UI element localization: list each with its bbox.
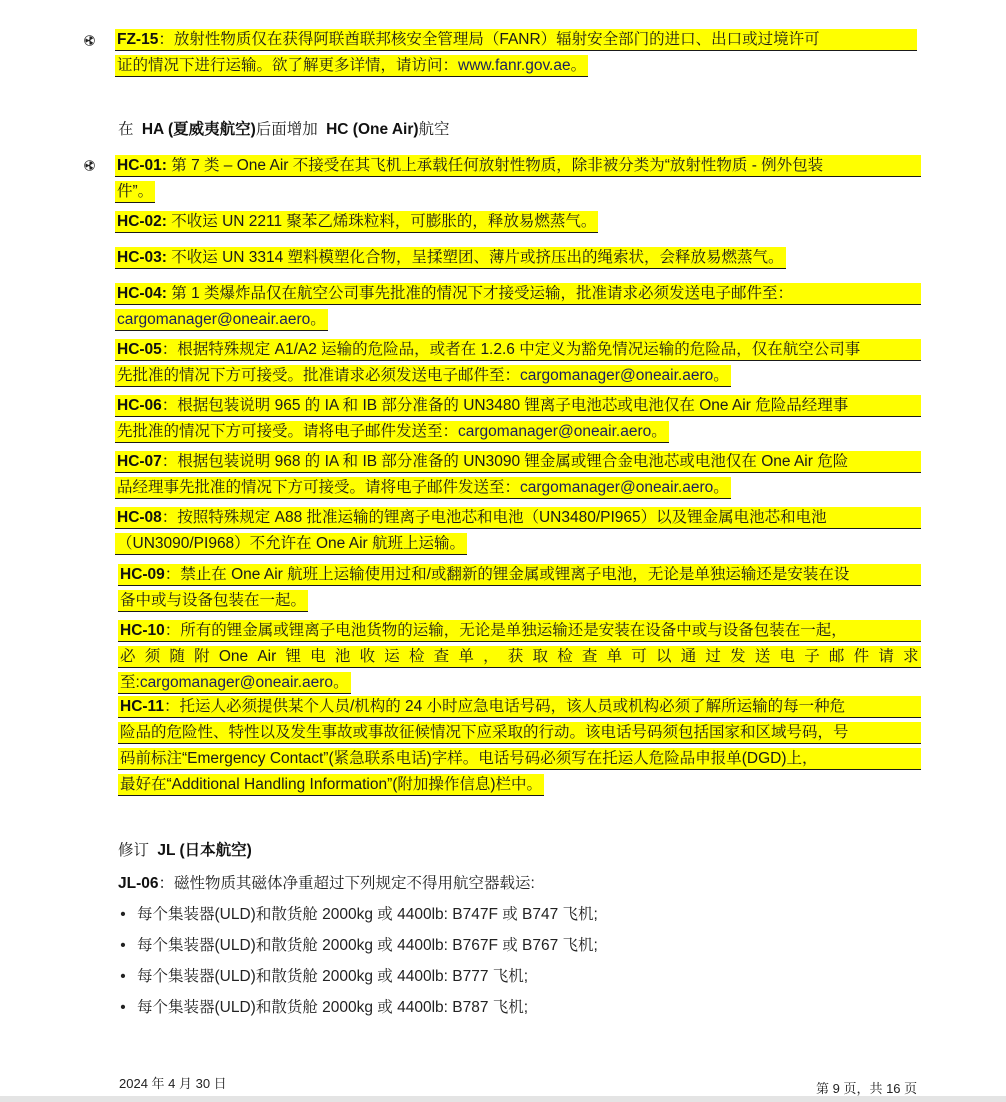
rule-text-token: 请 <box>878 646 894 667</box>
rule-text: 先批准的情况下方可接受。请将电子邮件发送至： <box>117 423 458 440</box>
highlighted-line: HC-11：托运人必须提供某个人员/机构的 24 小时应急电话号码，该人员或机构… <box>118 696 921 718</box>
rule-text-token: 送 <box>755 646 771 667</box>
highlighted-line: 至:cargomanager@oneair.aero。 <box>118 672 921 694</box>
heading-hc-airline: HC (One Air) <box>326 121 418 138</box>
rule-text: 证的情况下进行运输。欲了解更多详情，请访问： <box>117 57 458 74</box>
rule-text-token: Air <box>257 646 276 667</box>
list-item-text: 每个集装器(ULD)和散货舱 2000kg 或 4400lb: B787 飞机; <box>137 997 528 1019</box>
highlight-box: HC-02: 不收运 UN 2211 聚苯乙烯珠粒料，可膨胀的，释放易燃蒸气。 <box>115 211 598 233</box>
radiation-icon <box>84 35 95 46</box>
rule-text: 不收运 UN 2211 聚苯乙烯珠粒料，可膨胀的，释放易燃蒸气。 <box>167 213 596 230</box>
hc-rule-paragraph: HC-11：托运人必须提供某个人员/机构的 24 小时应急电话号码，该人员或机构… <box>118 696 921 800</box>
highlighted-line: 件”。 <box>115 181 921 203</box>
highlighted-line: 最好在“Additional Handling Information”(附加操… <box>118 774 921 796</box>
rule-text: 先批准的情况下方可接受。批准请求必须发送电子邮件至： <box>117 367 520 384</box>
highlight-box: HC-05：根据特殊规定 A1/A2 运输的危险品，或者在 1.2.6 中定义为… <box>115 339 921 361</box>
rule-text: ：按照特殊规定 A88 批准运输的锂离子电池芯和电池（UN3480/PI965）… <box>162 509 827 526</box>
highlighted-line: HC-09：禁止在 One Air 航班上运输使用过和/或翻新的锂金属或锂离子电… <box>118 564 921 586</box>
heading-middle: 后面增加 <box>256 121 318 138</box>
rule-text-token: 取 <box>532 646 548 667</box>
rule-code: HC-02: <box>117 213 167 230</box>
highlight-box: 先批准的情况下方可接受。批准请求必须发送电子邮件至：cargomanager@o… <box>115 365 731 387</box>
rule-text-token: 单 <box>458 646 474 667</box>
rule-text-token: 可 <box>631 646 647 667</box>
footer-page-number: 第 9 页，共 16 页 <box>816 1081 917 1097</box>
highlight-box: HC-06：根据包装说明 965 的 IA 和 IB 部分准备的 UN3480 … <box>115 395 921 417</box>
website-link[interactable]: www.fanr.gov.ae <box>458 57 571 74</box>
rule-text-token: 查 <box>434 646 450 667</box>
rule-text: 第 7 类 – One Air 不接受在其飞机上承载任何放射性物质，除非被分类为… <box>167 157 823 174</box>
highlight-box: cargomanager@oneair.aero。 <box>115 309 328 331</box>
highlighted-line: HC-05：根据特殊规定 A1/A2 运输的危险品，或者在 1.2.6 中定义为… <box>115 339 921 361</box>
document-page: FZ-15：放射性物质仅在获得阿联酋联邦核安全管理局（FANR）辐射安全部门的进… <box>0 0 1006 1096</box>
fz15-paragraph: FZ-15：放射性物质仅在获得阿联酋联邦核安全管理局（FANR）辐射安全部门的进… <box>115 29 917 81</box>
highlighted-line: FZ-15：放射性物质仅在获得阿联酋联邦核安全管理局（FANR）辐射安全部门的进… <box>115 29 917 51</box>
hc-rule-paragraph: HC-09：禁止在 One Air 航班上运输使用过和/或翻新的锂金属或锂离子电… <box>118 564 921 616</box>
rule-text-suffix: 。 <box>651 423 667 440</box>
rule-text: 第 1 类爆炸品仅在航空公司事先批准的情况下才接受运输，批准请求必须发送电子邮件… <box>167 285 793 302</box>
rule-text: 码前标注“Emergency Contact”(紧急联系电话)字样。电话号码必须… <box>120 750 818 767</box>
highlighted-line: （UN3090/PI968）不允许在 One Air 航班上运输。 <box>115 533 921 555</box>
hc-rule-paragraph: HC-04: 第 1 类爆炸品仅在航空公司事先批准的情况下才接受运输，批准请求必… <box>115 283 921 335</box>
hc-rule-paragraph: HC-05：根据特殊规定 A1/A2 运输的危险品，或者在 1.2.6 中定义为… <box>115 339 921 391</box>
rule-text: ：放射性物质仅在获得阿联酋联邦核安全管理局（FANR）辐射安全部门的进口、出口或… <box>158 31 819 48</box>
rule-text-token: 以 <box>656 646 672 667</box>
heading-ha-airline: HA (夏威夷航空) <box>142 121 256 138</box>
highlight-box: 件”。 <box>115 181 155 203</box>
list-item-text: 每个集装器(ULD)和散货舱 2000kg 或 4400lb: B777 飞机; <box>137 966 528 988</box>
rule-text: 不收运 UN 3314 塑料模塑化合物，呈揉塑团、薄片或挤压出的绳索状，会释放易… <box>167 249 784 266</box>
rule-text-token: 电 <box>310 646 326 667</box>
hc-rule-paragraph: HC-06：根据包装说明 965 的 IA 和 IB 部分准备的 UN3480 … <box>115 395 921 447</box>
bullet-icon: • <box>116 997 130 1019</box>
rule-code: HC-04: <box>117 285 167 302</box>
rule-text-suffix: 。 <box>333 674 349 691</box>
rule-code: HC-05 <box>117 341 162 358</box>
rule-text-token: 过 <box>705 646 721 667</box>
email-link[interactable]: cargomanager@oneair.aero <box>520 479 713 496</box>
highlight-box: HC-08：按照特殊规定 A88 批准运输的锂离子电池芯和电池（UN3480/P… <box>115 507 921 529</box>
hc-rule-paragraph: HC-03: 不收运 UN 3314 塑料模塑化合物，呈揉塑团、薄片或挤压出的绳… <box>115 247 921 273</box>
rule-text-token: ， <box>483 646 499 667</box>
rule-text: ：根据包装说明 968 的 IA 和 IB 部分准备的 UN3090 锂金属或锂… <box>162 453 848 470</box>
rule-text-suffix: 。 <box>310 311 326 328</box>
bullet-icon: • <box>116 904 130 926</box>
highlighted-line: 先批准的情况下方可接受。批准请求必须发送电子邮件至：cargomanager@o… <box>115 365 921 387</box>
highlighted-line: HC-03: 不收运 UN 3314 塑料模塑化合物，呈揉塑团、薄片或挤压出的绳… <box>115 247 921 269</box>
highlight-box: 证的情况下进行运输。欲了解更多详情，请访问：www.fanr.gov.ae。 <box>115 55 588 77</box>
rule-text-token: 运 <box>384 646 400 667</box>
highlight-box: 品经理事先批准的情况下方可接受。请将电子邮件发送至：cargomanager@o… <box>115 477 731 499</box>
rule-text-suffix: 。 <box>713 367 729 384</box>
radiation-icon <box>84 160 95 171</box>
highlight-box: HC-11：托运人必须提供某个人员/机构的 24 小时应急电话号码，该人员或机构… <box>118 696 921 718</box>
highlighted-line: 先批准的情况下方可接受。请将电子邮件发送至：cargomanager@oneai… <box>115 421 921 443</box>
rule-text: 件”。 <box>117 183 153 200</box>
highlight-box: 至:cargomanager@oneair.aero。 <box>118 672 351 694</box>
rule-code: HC-06 <box>117 397 162 414</box>
highlighted-line: HC-06：根据包装说明 965 的 IA 和 IB 部分准备的 UN3480 … <box>115 395 921 417</box>
heading-jl-airline: JL (日本航空) <box>157 842 251 859</box>
highlight-box: 必须随附OneAir锂电池收运检查单，获取检查单可以通过发送电子邮件请求 <box>118 646 921 668</box>
rule-text: ：所有的锂金属或锂离子电池货物的运输，无论是单独运输还是安装在设备中或与设备包装… <box>165 622 847 639</box>
rule-text: 最好在“Additional Handling Information”(附加操… <box>120 776 542 793</box>
rule-text-token: 通 <box>681 646 697 667</box>
highlighted-line: 品经理事先批准的情况下方可接受。请将电子邮件发送至：cargomanager@o… <box>115 477 921 499</box>
heading-prefix: 在 <box>118 121 134 138</box>
highlighted-line: HC-10：所有的锂金属或锂离子电池货物的运输，无论是单独运输还是安装在设备中或… <box>118 620 921 642</box>
rule-text-suffix: 。 <box>571 57 587 74</box>
highlight-box: FZ-15：放射性物质仅在获得阿联酋联邦核安全管理局（FANR）辐射安全部门的进… <box>115 29 917 51</box>
bullet-icon: • <box>116 935 130 957</box>
rule-text: 品经理事先批准的情况下方可接受。请将电子邮件发送至： <box>117 479 520 496</box>
hc-rule-paragraph: HC-02: 不收运 UN 2211 聚苯乙烯珠粒料，可膨胀的，释放易燃蒸气。 <box>115 211 921 237</box>
rule-code: HC-08 <box>117 509 162 526</box>
hc-rule-paragraph: HC-01: 第 7 类 – One Air 不接受在其飞机上承载任何放射性物质… <box>115 155 921 207</box>
rule-text-token: 收 <box>360 646 376 667</box>
list-item-text: 每个集装器(ULD)和散货舱 2000kg 或 4400lb: B767F 或 … <box>137 935 598 957</box>
rule-text-token: 须 <box>145 646 161 667</box>
rule-text-token: 子 <box>804 646 820 667</box>
rule-code: HC-10 <box>120 622 165 639</box>
hc-rule-paragraph: HC-07：根据包装说明 968 的 IA 和 IB 部分准备的 UN3090 … <box>115 451 921 503</box>
rule-text-token: 单 <box>607 646 623 667</box>
bullet-icon: • <box>116 966 130 988</box>
highlight-box: HC-09：禁止在 One Air 航班上运输使用过和/或翻新的锂金属或锂离子电… <box>118 564 921 586</box>
highlight-box: HC-03: 不收运 UN 3314 塑料模塑化合物，呈揉塑团、薄片或挤压出的绳… <box>115 247 786 269</box>
highlighted-line: HC-07：根据包装说明 968 的 IA 和 IB 部分准备的 UN3090 … <box>115 451 921 473</box>
rule-code: HC-11 <box>120 698 164 715</box>
rule-text-token: 电 <box>780 646 796 667</box>
rule-text-token: 检 <box>557 646 573 667</box>
rule-text-token: 求 <box>903 646 919 667</box>
email-link[interactable]: cargomanager@oneair.aero <box>117 311 310 328</box>
footer-date: 2024 年 4 月 30 日 <box>119 1076 227 1092</box>
highlighted-line: 备中或与设备包装在一起。 <box>118 590 921 612</box>
highlight-box: HC-04: 第 1 类爆炸品仅在航空公司事先批准的情况下才接受运输，批准请求必… <box>115 283 921 305</box>
rule-text-token: 检 <box>409 646 425 667</box>
rule-code: HC-09 <box>120 566 165 583</box>
page-edge <box>0 1096 1006 1102</box>
heading-suffix: 航空 <box>419 121 450 138</box>
rule-text: ：磁性物质其磁体净重超过下列规定不得用航空器载运: <box>159 875 535 892</box>
highlighted-line: HC-02: 不收运 UN 2211 聚苯乙烯珠粒料，可膨胀的，释放易燃蒸气。 <box>115 211 921 233</box>
rule-text: ：禁止在 One Air 航班上运输使用过和/或翻新的锂金属或锂离子电池，无论是… <box>165 566 850 583</box>
rule-code: HC-03: <box>117 249 167 266</box>
highlighted-line: cargomanager@oneair.aero。 <box>115 309 921 331</box>
rule-code: HC-01: <box>117 157 167 174</box>
email-link[interactable]: cargomanager@oneair.aero <box>140 674 333 691</box>
highlighted-line: 必须随附OneAir锂电池收运检查单，获取检查单可以通过发送电子邮件请求 <box>118 646 921 668</box>
rule-code: JL-06 <box>118 875 159 892</box>
highlight-box: HC-07：根据包装说明 968 的 IA 和 IB 部分准备的 UN3090 … <box>115 451 921 473</box>
highlighted-line: 险品的危险性、特性以及发生事故或事故征候情况下应采取的行动。该电话号码须包括国家… <box>118 722 921 744</box>
email-link[interactable]: cargomanager@oneair.aero <box>520 367 713 384</box>
rule-text-suffix: 。 <box>713 479 729 496</box>
rule-text-token: 发 <box>730 646 746 667</box>
rule-text: 至: <box>120 674 140 691</box>
rule-text-token: 附 <box>194 646 210 667</box>
list-item-text: 每个集装器(ULD)和散货舱 2000kg 或 4400lb: B747F 或 … <box>137 904 598 926</box>
highlight-box: （UN3090/PI968）不允许在 One Air 航班上运输。 <box>115 533 467 555</box>
highlight-box: 码前标注“Emergency Contact”(紧急联系电话)字样。电话号码必须… <box>118 748 921 770</box>
rule-text: （UN3090/PI968）不允许在 One Air 航班上运输。 <box>117 535 465 552</box>
highlight-box: HC-01: 第 7 类 – One Air 不接受在其飞机上承载任何放射性物质… <box>115 155 921 177</box>
rule-text: ：托运人必须提供某个人员/机构的 24 小时应急电话号码，该人员或机构必须了解所… <box>164 698 845 715</box>
rule-text-token: 池 <box>335 646 351 667</box>
highlighted-line: HC-04: 第 1 类爆炸品仅在航空公司事先批准的情况下才接受运输，批准请求必… <box>115 283 921 305</box>
highlighted-line: 证的情况下进行运输。欲了解更多详情，请访问：www.fanr.gov.ae。 <box>115 55 917 77</box>
hc-rule-paragraph: HC-08：按照特殊规定 A88 批准运输的锂离子电池芯和电池（UN3480/P… <box>115 507 921 559</box>
rule-text-token: One <box>219 646 248 667</box>
rule-text-token: 锂 <box>285 646 301 667</box>
highlight-box: 最好在“Additional Handling Information”(附加操… <box>118 774 544 796</box>
rule-text: 险品的危险性、特性以及发生事故或事故征候情况下应采取的行动。该电话号码须包括国家… <box>120 724 849 741</box>
highlighted-line: HC-08：按照特殊规定 A88 批准运输的锂离子电池芯和电池（UN3480/P… <box>115 507 921 529</box>
rule-text-token: 邮 <box>829 646 845 667</box>
highlight-box: HC-10：所有的锂金属或锂离子电池货物的运输，无论是单独运输还是安装在设备中或… <box>118 620 921 642</box>
heading-prefix: 修订 <box>118 842 149 859</box>
hc-rule-paragraph: HC-10：所有的锂金属或锂离子电池货物的运输，无论是单独运输还是安装在设备中或… <box>118 620 921 698</box>
rule-text-token: 随 <box>169 646 185 667</box>
rule-text: ：根据包装说明 965 的 IA 和 IB 部分准备的 UN3480 锂离子电池… <box>162 397 848 414</box>
section-heading-jl: 修订 JL (日本航空) <box>118 840 252 862</box>
rule-text-token: 件 <box>854 646 870 667</box>
highlight-box: 险品的危险性、特性以及发生事故或事故征候情况下应采取的行动。该电话号码须包括国家… <box>118 722 921 744</box>
rule-text: 备中或与设备包装在一起。 <box>120 592 306 609</box>
highlighted-line: HC-01: 第 7 类 – One Air 不接受在其飞机上承载任何放射性物质… <box>115 155 921 177</box>
rule-text-token: 获 <box>508 646 524 667</box>
rule-code: FZ-15 <box>117 31 158 48</box>
highlight-box: 备中或与设备包装在一起。 <box>118 590 308 612</box>
email-link[interactable]: cargomanager@oneair.aero <box>458 423 651 440</box>
rule-text: ：根据特殊规定 A1/A2 运输的危险品，或者在 1.2.6 中定义为豁免情况运… <box>162 341 860 358</box>
rule-code: HC-07 <box>117 453 162 470</box>
highlight-box: 先批准的情况下方可接受。请将电子邮件发送至：cargomanager@oneai… <box>115 421 669 443</box>
highlighted-line: 码前标注“Emergency Contact”(紧急联系电话)字样。电话号码必须… <box>118 748 921 770</box>
rule-text-token: 必 <box>120 646 136 667</box>
section-heading-hc: 在 HA (夏威夷航空)后面增加 HC (One Air)航空 <box>118 119 450 141</box>
jl06-paragraph: JL-06：磁性物质其磁体净重超过下列规定不得用航空器载运: <box>118 873 535 895</box>
rule-text-token: 查 <box>582 646 598 667</box>
